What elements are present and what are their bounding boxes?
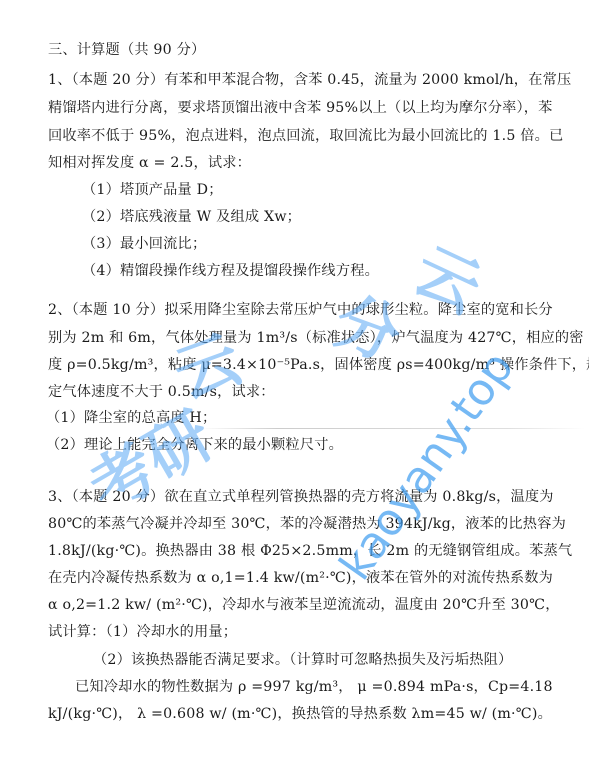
scan-artifact-line <box>200 428 585 429</box>
problem-3-question-2: （2）该换热器能否满足要求。（计算时可忽略热损失及污垢热阻） <box>93 650 512 670</box>
section-title: 三、计算题（共 90 分） <box>48 40 205 60</box>
problem-2-question-1: （1）降尘室的总高度 H； <box>46 408 216 428</box>
problem-3-line-1: 3、（本题 20 分）欲在直立式单程列管换热器的壳方将流量为 0.8kg/s，温… <box>48 487 554 507</box>
problem-1-line-3: 回收率不低于 95%，泡点进料，泡点回流，取回流比为最小回流比的 1.5 倍。已 <box>48 126 563 146</box>
problem-3-given-2: kJ/(kg·℃)， λ =0.608 w/ (m·℃)，换热管的导热系数 λm… <box>48 704 552 724</box>
problem-2-line-2: 别为 2m 和 6m，气体处理量为 1m³/s（标准状态），炉气温度为 427℃… <box>48 328 584 348</box>
problem-2-line-4: 定气体速度不大于 0.5m/s，试求： <box>48 382 275 402</box>
problem-3-line-6: 试计算：（1）冷却水的用量； <box>48 622 237 642</box>
problem-1-question-1: （1）塔顶产品量 D； <box>82 180 223 200</box>
problem-3-line-3: 1.8kJ/(kg·℃)。换热器由 38 根 Φ25×2.5mm，长 2m 的无… <box>48 541 572 561</box>
problem-2-line-1: 2、（本题 10 分）拟采用降尘室除去常压炉气中的球形尘粒。降尘室的宽和长分 <box>48 300 553 320</box>
problem-3-line-4: 在壳内冷凝传热系数为 α o,1=1.4 kw/(m²·℃)，液苯在管外的对流传… <box>48 568 553 588</box>
problem-2-question-2: （2）理论上能完全分离下来的最小颗粒尺寸。 <box>46 435 343 455</box>
problem-1-question-4: （4）精馏段操作线方程及提馏段操作线方程。 <box>82 261 379 281</box>
problem-1-question-2: （2）塔底残液量 W 及组成 Xw； <box>82 207 301 227</box>
problem-1-question-3: （3）最小回流比； <box>82 234 206 254</box>
problem-3-line-5: α o,2=1.2 kw/ (m²·℃)，冷却水与液苯呈逆流流动，温度由 20℃… <box>48 595 560 615</box>
problem-1-line-2: 精馏塔内进行分离，要求塔顶馏出液中含苯 95%以上（以上均为摩尔分率），苯 <box>48 98 553 118</box>
problem-1-line-4: 知相对挥发度 α = 2.5，试求： <box>48 153 251 173</box>
problem-3-given-1: 已知冷却水的物性数据为 ρ =997 kg/m³， μ =0.894 mPa·s… <box>75 677 553 697</box>
problem-1-line-1: 1、（本题 20 分）有苯和甲苯混合物，含苯 0.45，流量为 2000 kmo… <box>48 70 571 90</box>
problem-2-line-3: 度 ρ=0.5kg/m³，粘度 μ=3.4×10⁻⁵Pa.s，固体密度 ρs=4… <box>48 355 589 375</box>
problem-3-line-2: 80℃的苯蒸气冷凝并冷却至 30℃，苯的冷凝潜热为 394kJ/kg，液苯的比热… <box>48 514 566 534</box>
exam-page: 三、计算题（共 90 分） 1、（本题 20 分）有苯和甲苯混合物，含苯 0.4… <box>0 0 589 775</box>
